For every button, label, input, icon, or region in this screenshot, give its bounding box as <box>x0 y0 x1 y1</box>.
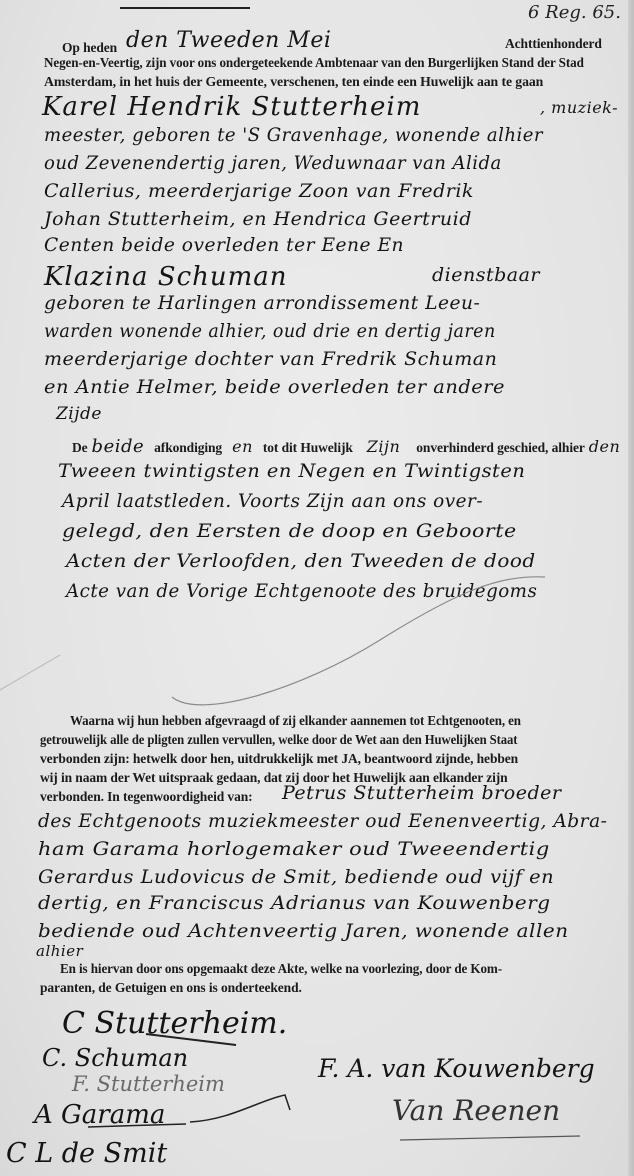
signature-witness-kouwenberg: F. A. van Kouwenberg <box>318 1054 595 1083</box>
document-page: 6 Reg. 65. Op heden den Tweeden Mei Acht… <box>0 0 634 1176</box>
signature-witness-garama: A Garama <box>34 1100 165 1130</box>
signature-official: Van Reenen <box>392 1094 560 1127</box>
signature-witness-de-smit: C L de Smit <box>6 1138 167 1169</box>
signature-bride: C. Schuman <box>42 1044 188 1072</box>
signature-witness-stutterheim: F. Stutterheim <box>72 1072 225 1096</box>
signature-underlines <box>0 0 634 1176</box>
